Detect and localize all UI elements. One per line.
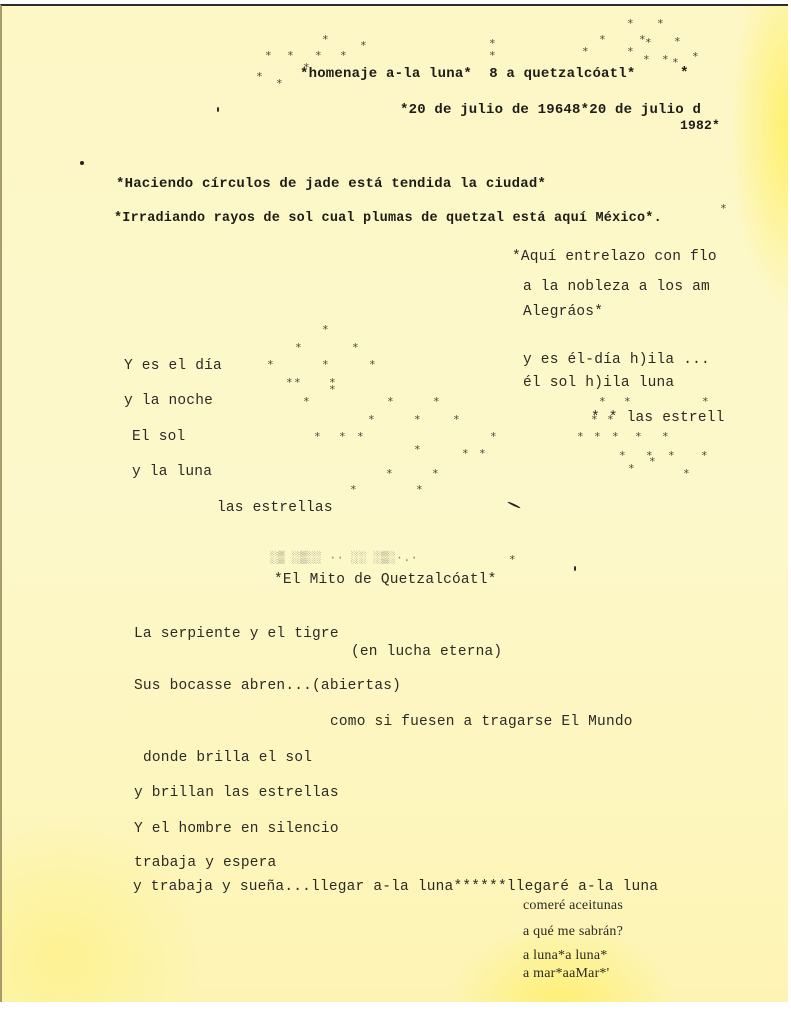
- star-glyph: *: [674, 36, 681, 47]
- star-glyph: *: [340, 50, 347, 61]
- smudged-line: ░▒ ░▒░░ ·· ░░ ░▒░·.·: [270, 550, 418, 566]
- smudge-star: *: [509, 554, 516, 565]
- star-glyph: *: [322, 34, 329, 45]
- star-glyph: *: [489, 50, 496, 61]
- star-glyph: *: [701, 450, 708, 461]
- star-glyph: *: [635, 431, 642, 442]
- star-glyph: *: [286, 377, 293, 388]
- poem-line-5: donde brilla el sol: [143, 750, 312, 766]
- poem-line-2: (en lucha eterna): [351, 644, 502, 660]
- star-glyph: *: [668, 450, 675, 461]
- header-title: *homenaje a-la luna* 8 a quetzalcóatl*: [300, 66, 635, 82]
- star-glyph: *: [432, 468, 439, 479]
- star-glyph: *: [386, 468, 393, 479]
- header-trailing-star: *: [680, 66, 689, 82]
- closing-line-2: a qué me sabrán?: [523, 924, 623, 940]
- star-glyph: *: [433, 396, 440, 407]
- star-glyph: *: [322, 324, 329, 335]
- star-glyph: *: [479, 448, 486, 459]
- star-glyph: *: [643, 54, 650, 65]
- star-glyph: *: [582, 46, 589, 57]
- star-glyph: *: [649, 456, 656, 467]
- star-glyph: *: [295, 342, 302, 353]
- star-glyph: *: [490, 431, 497, 442]
- star-glyph: *: [672, 57, 679, 68]
- poem-line-7: Y el hombre en silencio: [134, 821, 339, 837]
- star-glyph: *: [453, 414, 460, 425]
- star-glyph: *: [702, 396, 709, 407]
- header-dates-line2: 1982*: [680, 118, 720, 134]
- star-glyph: *: [315, 50, 322, 61]
- closing-line-4: a mar*aaMar*': [523, 966, 609, 982]
- ink-speck: [574, 566, 576, 571]
- left-verse-5: las estrellas: [217, 500, 333, 516]
- header-dates-line1: *20 de julio de 19648*20 de julio d: [400, 102, 701, 118]
- closing-line-1: comeré aceitunas: [523, 898, 623, 914]
- closing-line-3: a luna*a luna*: [523, 948, 607, 964]
- star-glyph: *: [683, 468, 690, 479]
- intro-line-1: *Haciendo círculos de jade está tendida …: [116, 176, 546, 192]
- star-glyph: *: [414, 444, 421, 455]
- star-glyph: *: [303, 396, 310, 407]
- star-glyph: *: [350, 484, 357, 495]
- star-glyph: *: [294, 377, 301, 388]
- poem-line-3: Sus bocasse abren...(abiertas): [134, 678, 401, 694]
- star-glyph: *: [462, 448, 469, 459]
- star-glyph: *: [369, 359, 376, 370]
- star-glyph: *: [414, 414, 421, 425]
- ink-speck: [80, 161, 84, 165]
- star-glyph: *: [265, 50, 272, 61]
- myth-title: *El Mito de Quetzalcóatl*: [274, 572, 497, 588]
- star-glyph: *: [627, 46, 634, 57]
- star-glyph: *: [360, 40, 367, 51]
- star-glyph: *: [577, 431, 584, 442]
- star-glyph: *: [276, 78, 283, 89]
- right-top-line-2: a la nobleza a los am: [523, 279, 710, 295]
- poem-line-6: y brillan las estrellas: [134, 785, 339, 801]
- star-glyph: *: [645, 37, 652, 48]
- right-top-line-1: *Aquí entrelazo con flo: [512, 249, 717, 265]
- star-glyph: *: [692, 51, 699, 62]
- star-glyph: *: [314, 431, 321, 442]
- star-glyph: *: [256, 71, 263, 82]
- left-verse-2: y la noche: [124, 393, 213, 409]
- star-glyph: *: [657, 18, 664, 29]
- left-verse-4: y la luna: [132, 464, 212, 480]
- ink-speck: [217, 107, 219, 112]
- star-glyph: *: [287, 50, 294, 61]
- poem-line-8: trabaja y espera: [134, 855, 276, 871]
- star-glyph: *: [594, 431, 601, 442]
- right-mid-line-2: él sol h)ila luna: [523, 375, 674, 391]
- poem-line-1: La serpiente y el tigre: [134, 626, 339, 642]
- star-glyph: *: [303, 62, 310, 73]
- star-glyph: *: [329, 384, 336, 395]
- poem-line-9: y trabaja y sueña...llegar a-la luna****…: [133, 879, 658, 895]
- star-glyph: *: [489, 38, 496, 49]
- star-glyph: *: [357, 431, 364, 442]
- star-glyph: *: [599, 34, 606, 45]
- ink-speck: [507, 501, 521, 509]
- left-verse-3: El sol: [132, 429, 185, 445]
- star-glyph: *: [416, 484, 423, 495]
- right-top-line-3: Alegráos*: [523, 304, 603, 320]
- star-glyph: *: [612, 431, 619, 442]
- star-glyph: *: [628, 463, 635, 474]
- right-mid-line-1: y es él-día h)ila ...: [523, 352, 710, 368]
- star-glyph: *: [607, 414, 614, 425]
- star-glyph: *: [368, 414, 375, 425]
- left-verse-1: Y es el día: [124, 358, 222, 374]
- star-glyph: *: [352, 342, 359, 353]
- poem-line-4: como si fuesen a tragarse El Mundo: [330, 714, 633, 730]
- star-glyph: *: [662, 54, 669, 65]
- star-glyph: *: [619, 450, 626, 461]
- star-glyph: *: [387, 396, 394, 407]
- typewritten-page: *homenaje a-la luna* 8 a quetzalcóatl* *…: [0, 4, 788, 1002]
- star-glyph: *: [624, 396, 631, 407]
- star-glyph: *: [322, 359, 329, 370]
- intro-line-2: *Irradiando rayos de sol cual plumas de …: [114, 211, 662, 227]
- star-glyph: *: [599, 396, 606, 407]
- star-glyph: *: [720, 203, 727, 214]
- star-glyph: *: [591, 414, 598, 425]
- star-glyph: *: [627, 18, 634, 29]
- star-glyph: *: [339, 431, 346, 442]
- star-glyph: *: [662, 431, 669, 442]
- star-glyph: *: [267, 359, 274, 370]
